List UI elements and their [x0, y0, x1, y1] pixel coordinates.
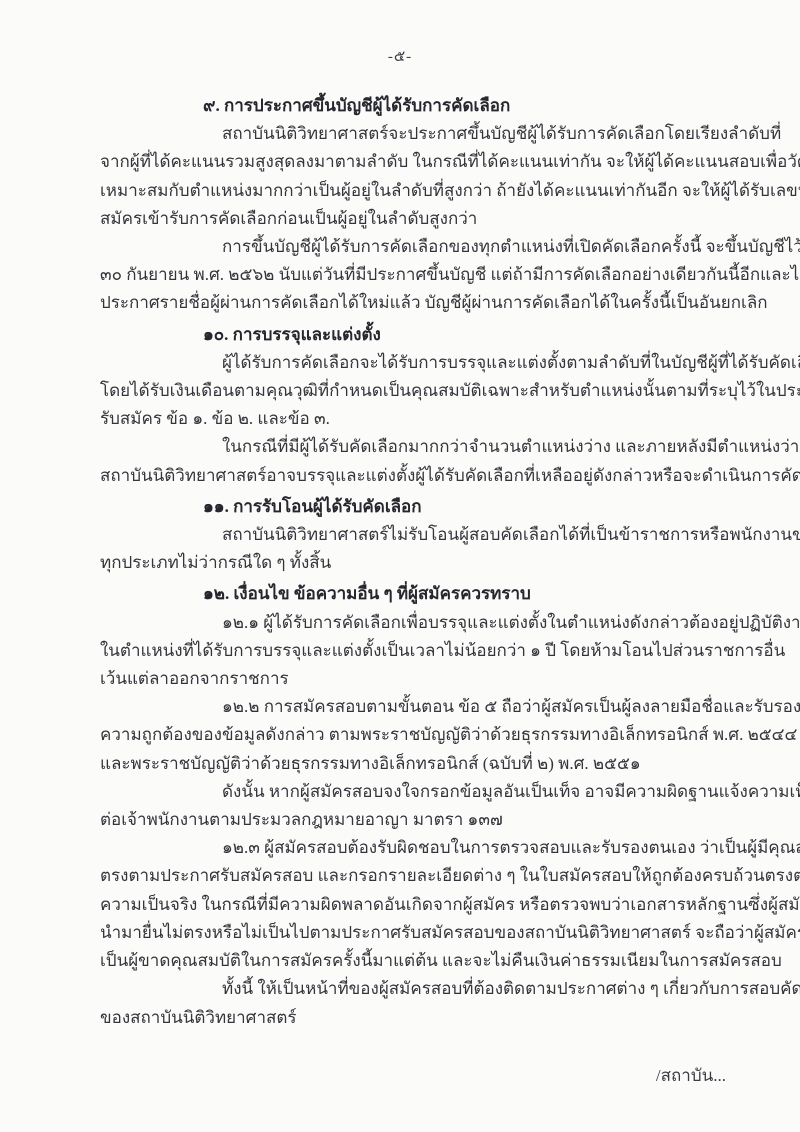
paragraph-line: สมัครเข้ารับการคัดเลือกก่อนเป็นผู้อยู่ใน…	[100, 205, 718, 233]
document-page: -๕- ๙. การประกาศขึ้นบัญชีผู้ได้รับการคัด…	[0, 0, 800, 1132]
page-number: -๕-	[0, 44, 800, 68]
section-heading: ๑๑. การรับโอนผู้ได้รับคัดเลือก	[100, 493, 718, 521]
paragraph-line: ๑๒.๒ การสมัครสอบตามขั้นตอน ข้อ ๕ ถือว่าผ…	[100, 693, 718, 721]
paragraph-line: ทุกประเภทไม่ว่ากรณีใด ๆ ทั้งสิ้น	[100, 549, 718, 577]
paragraph-line: รับสมัคร ข้อ ๑. ข้อ ๒. และข้อ ๓.	[100, 405, 718, 433]
paragraph-line: สถาบันนิติวิทยาศาสตร์จะประกาศขึ้นบัญชีผู…	[100, 120, 718, 148]
paragraph-line: ต่อเจ้าพนักงานตามประมวลกฎหมายอาญา มาตรา …	[100, 806, 718, 834]
paragraph-line: ความถูกต้องของข้อมูลดังกล่าว ตามพระราชบั…	[100, 721, 718, 749]
paragraph-line: เป็นผู้ขาดคุณสมบัติในการสมัครครั้งนี้มาแ…	[100, 947, 718, 975]
paragraph-line: สถาบันนิติวิทยาศาสตร์อาจบรรจุและแต่งตั้ง…	[100, 462, 718, 490]
paragraph-line: เหมาะสมกับตำแหน่งมากกว่าเป็นผู้อยู่ในลำด…	[100, 177, 718, 205]
paragraph-line: เว้นแต่ลาออกจากราชการ	[100, 665, 718, 693]
paragraph-line: นำมายื่นไม่ตรงหรือไม่เป็นไปตามประกาศรับส…	[100, 919, 718, 947]
paragraph-line: สถาบันนิติวิทยาศาสตร์ไม่รับโอนผู้สอบคัดเ…	[100, 521, 718, 549]
page-continuation-marker: /สถาบัน...	[656, 1062, 726, 1089]
section-heading: ๑๐. การบรรจุและแต่งตั้ง	[100, 321, 718, 349]
paragraph-line: ในกรณีที่มีผู้ได้รับคัดเลือกมากกว่าจำนวน…	[100, 433, 718, 461]
paragraph-line: ของสถาบันนิติวิทยาศาสตร์	[100, 1004, 718, 1032]
paragraph-line: และพระราชบัญญัติว่าด้วยธุรกรรมทางอิเล็กท…	[100, 750, 718, 778]
paragraph-line: ๑๒.๓ ผู้สมัครสอบต้องรับผิดชอบในการตรวจสอ…	[100, 834, 718, 862]
paragraph-line: โดยได้รับเงินเดือนตามคุณวุฒิที่กำหนดเป็น…	[100, 377, 718, 405]
paragraph-line: ผู้ได้รับการคัดเลือกจะได้รับการบรรจุและแ…	[100, 349, 718, 377]
section-heading: ๙. การประกาศขึ้นบัญชีผู้ได้รับการคัดเลือ…	[100, 92, 718, 120]
paragraph-line: ในตำแหน่งที่ได้รับการบรรจุและแต่งตั้งเป็…	[100, 637, 718, 665]
paragraph-line: ๓๐ กันยายน พ.ศ. ๒๕๖๒ นับแต่วันที่มีประกา…	[100, 261, 718, 289]
document-body: ๙. การประกาศขึ้นบัญชีผู้ได้รับการคัดเลือ…	[100, 92, 718, 1032]
paragraph-line: ตรงตามประกาศรับสมัครสอบ และกรอกรายละเอีย…	[100, 862, 718, 890]
paragraph-line: การขึ้นบัญชีผู้ได้รับการคัดเลือกของทุกตำ…	[100, 233, 718, 261]
paragraph-line: ประกาศรายชื่อผู้ผ่านการคัดเลือกได้ใหม่แล…	[100, 289, 718, 317]
paragraph-line: ทั้งนี้ ให้เป็นหน้าที่ของผู้สมัครสอบที่ต…	[100, 975, 718, 1003]
paragraph-line: จากผู้ที่ได้คะแนนรวมสูงสุดลงมาตามลำดับ ใ…	[100, 148, 718, 176]
section-heading: ๑๒. เงื่อนไข ข้อความอื่น ๆ ที่ผู้สมัครคว…	[100, 580, 718, 608]
paragraph-line: ดังนั้น หากผู้สมัครสอบจงใจกรอกข้อมูลอันเ…	[100, 778, 718, 806]
paragraph-line: ความเป็นจริง ในกรณีที่มีความผิดพลาดอันเก…	[100, 891, 718, 919]
paragraph-line: ๑๒.๑ ผู้ได้รับการคัดเลือกเพื่อบรรจุและแต…	[100, 609, 718, 637]
